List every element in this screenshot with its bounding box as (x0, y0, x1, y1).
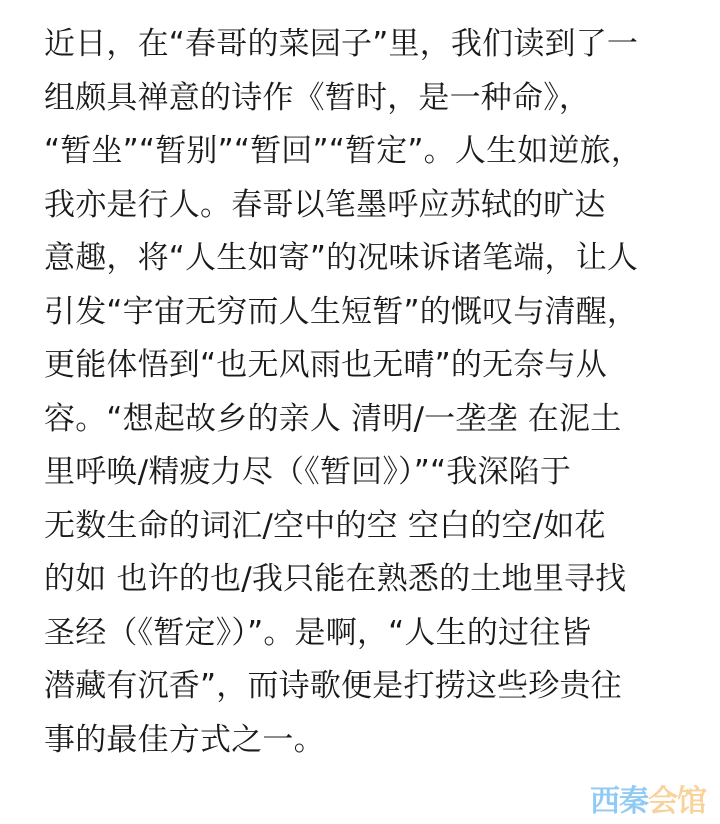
paragraph-line: 近日，在“春哥的菜园子”里，我们读到了一 (44, 18, 684, 72)
watermark-logo: 西秦会馆 (590, 784, 706, 820)
paragraph-line: 事的最佳方式之一。 (44, 714, 684, 768)
paragraph-line: 我亦是行人。春哥以笔墨呼应苏轼的旷达 (44, 179, 684, 233)
article-body: 近日，在“春哥的菜园子”里，我们读到了一 组颇具禅意的诗作《暂时，是一种命》， … (44, 18, 684, 767)
paragraph-line: 无数生命的词汇/空中的空 空白的空/如花 (44, 500, 684, 554)
paragraph-line: “暂坐”“暂别”“暂回”“暂定”。人生如逆旅， (44, 125, 684, 179)
paragraph-line: 的如 也许的也/我只能在熟悉的土地里寻找 (44, 553, 684, 607)
paragraph-line: 意趣，将“人生如寄”的况味诉诸笔端，让人 (44, 232, 684, 286)
watermark-part-2: 会馆 (648, 784, 706, 819)
paragraph-line: 引发“宇宙无穷而人生短暂”的慨叹与清醒， (44, 286, 684, 340)
watermark-part-1: 西秦 (590, 784, 648, 819)
paragraph-line: 容。“想起故乡的亲人 清明/一垄垄 在泥土 (44, 393, 684, 447)
paragraph-line: 里呼唤/精疲力尽（《暂回》）”“我深陷于 (44, 446, 684, 500)
paragraph-line: 更能体悟到“也无风雨也无晴”的无奈与从 (44, 339, 684, 393)
paragraph-line: 组颇具禅意的诗作《暂时，是一种命》， (44, 72, 684, 126)
paragraph-line: 圣经（《暂定》）”。是啊，“人生的过往皆 (44, 607, 684, 661)
paragraph-line: 潜藏有沉香”，而诗歌便是打捞这些珍贵往 (44, 660, 684, 714)
